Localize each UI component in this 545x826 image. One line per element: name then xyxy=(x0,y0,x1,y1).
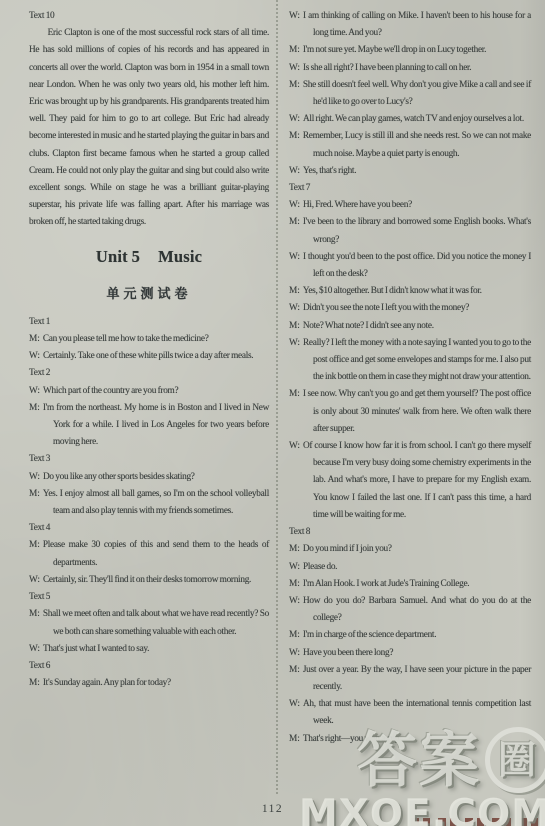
speaker-label: W: xyxy=(289,596,300,606)
speaker-label: W: xyxy=(29,386,40,396)
speaker-label: M: xyxy=(289,389,300,399)
speaker-label: M: xyxy=(29,678,40,688)
watermark-brand-text: 答案 xyxy=(357,726,481,796)
speaker-label: M: xyxy=(29,334,40,344)
speaker-label: W: xyxy=(289,200,300,210)
dialogue-line: M:I've been to the library and borrowed … xyxy=(289,214,531,248)
dialogue-line: M:Remember, Lucy is still ill and she ne… xyxy=(289,128,531,162)
dialogue-line: M:I'm in charge of the science departmen… xyxy=(289,627,531,644)
dialogue-line: W:Didn't you see the note I left you wit… xyxy=(289,300,531,317)
speaker-label: M: xyxy=(29,403,40,413)
dialogue-text: I thought you'd been to the post office.… xyxy=(303,252,531,279)
speaker-label: W: xyxy=(289,441,300,451)
dialogue-line: M:Yes. I enjoy almost all ball games, so… xyxy=(29,486,269,520)
dialogue-line: M:Please make 30 copies of this and send… xyxy=(29,537,269,571)
dialogue-text: I see now. Why can't you go and get them… xyxy=(303,389,531,433)
dialogue-line: W:Hi, Fred. Where have you been? xyxy=(289,197,531,214)
dialogue-text: Please make 30 copies of this and send t… xyxy=(43,540,269,567)
dialogue-line: W:Of course I know how far it is from sc… xyxy=(289,438,531,524)
dialogue-text: I'm in charge of the science department. xyxy=(303,630,436,640)
dialogue-line: M:Note? What note? I didn't see any note… xyxy=(289,318,531,335)
speaker-label: M: xyxy=(29,489,40,499)
dialogue-text: How do you do? Barbara Samuel. And what … xyxy=(303,596,531,623)
dialogue-line: M:Yes, $10 altogether. But I didn't know… xyxy=(289,283,531,300)
speaker-label: W: xyxy=(289,303,300,313)
speaker-label: M: xyxy=(289,286,300,296)
dialogue-text: Shall we meet often and talk about what … xyxy=(43,609,269,636)
dialogue-line: W:Certainly. Take one of these white pil… xyxy=(29,348,269,365)
dialogue-line: W:Have you been there long? xyxy=(289,645,531,662)
speaker-label: M: xyxy=(289,579,300,589)
speaker-label: M: xyxy=(289,630,300,640)
dialogue-line: M:I'm Alan Hook. I work at Jude's Traini… xyxy=(289,576,531,593)
speaker-label: M: xyxy=(29,609,40,619)
text-section-label: Text 1 xyxy=(29,314,269,331)
dialogue-line: W:I thought you'd been to the post offic… xyxy=(289,249,531,283)
speaker-label: W: xyxy=(289,114,300,124)
unit-heading: Unit 5Music xyxy=(29,246,269,268)
dialogue-line: M:I see now. Why can't you go and get th… xyxy=(289,386,531,438)
watermark-circle-char: 圈 xyxy=(485,727,545,793)
dialogue-line: M:Just over a year. By the way, I have s… xyxy=(289,662,531,696)
watermark: 答案圈 MXQE.COM xyxy=(299,727,545,826)
dialogue-text: Hi, Fred. Where have you been? xyxy=(303,200,412,210)
dialogue-text: That's just what I wanted to say. xyxy=(43,644,149,654)
speaker-label: W: xyxy=(289,166,300,176)
watermark-site: MXQE.COM xyxy=(299,795,545,826)
dialogue-text: I am thinking of calling on Mike. I have… xyxy=(303,11,531,38)
dialogue-text: Which part of the country are you from? xyxy=(43,386,178,396)
text-section-label: Text 8 xyxy=(289,524,531,541)
text-section-label: Text 10 xyxy=(29,8,269,25)
text-section-label: Text 5 xyxy=(29,589,269,606)
dialogue-text: Yes, $10 altogether. But I didn't know w… xyxy=(303,286,482,296)
text-section-label: Text 4 xyxy=(29,520,269,537)
unit-title: Music xyxy=(158,247,202,266)
text-section-label: Text 3 xyxy=(29,451,269,468)
dialogue-text: I'm not sure yet. Maybe we'll drop in on… xyxy=(303,45,486,55)
dialogue-text: Is she all right? I have been planning t… xyxy=(303,63,471,73)
dialogue-text: Remember, Lucy is still ill and she need… xyxy=(303,131,531,158)
speaker-label: M: xyxy=(289,80,300,90)
dialogue-line: W:All right. We can play games, watch TV… xyxy=(289,111,531,128)
dialogue-text: I'm Alan Hook. I work at Jude's Training… xyxy=(303,579,469,589)
dialogue-line: M:I'm from the northeast. My home is in … xyxy=(29,400,269,452)
dialogue-line: W:That's just what I wanted to say. xyxy=(29,641,269,658)
speaker-label: M: xyxy=(289,544,300,554)
speaker-label: W: xyxy=(289,699,300,709)
speaker-label: W: xyxy=(289,338,300,348)
dialogue-line: W:Please do. xyxy=(289,559,531,576)
dialogue-line: M:I'm not sure yet. Maybe we'll drop in … xyxy=(289,42,531,59)
speaker-label: W: xyxy=(29,575,40,585)
page-scan: Text 10Eric Clapton is one of the most s… xyxy=(29,8,531,748)
dialogue-text: Really? I left the money with a note say… xyxy=(303,338,531,382)
unit-label: Unit 5 xyxy=(96,247,140,266)
dialogue-line: M:She still doesn't feel well. Why don't… xyxy=(289,77,531,111)
dialogue-line: W:Certainly, sir. They'll find it on the… xyxy=(29,572,269,589)
dialogue-text: I'm from the northeast. My home is in Bo… xyxy=(43,403,269,447)
text-section-label: Text 2 xyxy=(29,365,269,382)
speaker-label: W: xyxy=(289,11,300,21)
dialogue-text: She still doesn't feel well. Why don't y… xyxy=(303,80,531,107)
right-column: W:I am thinking of calling on Mike. I ha… xyxy=(289,8,531,748)
speaker-label: M: xyxy=(289,217,300,227)
dialogue-text: Note? What note? I didn't see any note. xyxy=(303,321,434,331)
dialogue-line: W:Which part of the country are you from… xyxy=(29,383,269,400)
dialogue-text: Ah, that must have been the internationa… xyxy=(303,699,531,726)
text-section-label: Text 7 xyxy=(289,180,531,197)
paragraph: Eric Clapton is one of the most successf… xyxy=(29,25,269,231)
dialogue-line: M:Can you please tell me how to take the… xyxy=(29,331,269,348)
dialogue-line: M:Do you mind if I join you? xyxy=(289,541,531,558)
dialogue-line: W:How do you do? Barbara Samuel. And wha… xyxy=(289,593,531,627)
dialogue-text: Can you please tell me how to take the m… xyxy=(43,334,209,344)
speaker-label: W: xyxy=(29,351,40,361)
dialogue-text: Just over a year. By the way, I have see… xyxy=(303,665,531,692)
left-column: Text 10Eric Clapton is one of the most s… xyxy=(29,8,269,748)
dialogue-text: Have you been there long? xyxy=(303,648,393,658)
speaker-label: W: xyxy=(289,648,300,658)
dialogue-text: Of course I know how far it is from scho… xyxy=(303,441,531,520)
dialogue-text: Didn't you see the note I left you with … xyxy=(303,303,469,313)
dialogue-line: W:Do you like any other sports besides s… xyxy=(29,469,269,486)
dialogue-text: Please do. xyxy=(303,562,337,572)
dialogue-line: M:Shall we meet often and talk about wha… xyxy=(29,606,269,640)
speaker-label: M: xyxy=(29,540,40,550)
dialogue-line: W:Yes, that's right. xyxy=(289,163,531,180)
watermark-brand: 答案圈 xyxy=(299,727,545,793)
dialogue-line: W:Is she all right? I have been planning… xyxy=(289,60,531,77)
dialogue-text: Do you mind if I join you? xyxy=(303,544,392,554)
dialogue-line: W:Really? I left the money with a note s… xyxy=(289,335,531,387)
dialogue-text: It's Sunday again. Any plan for today? xyxy=(43,678,171,688)
dialogue-line: W:I am thinking of calling on Mike. I ha… xyxy=(289,8,531,42)
text-section-label: Text 6 xyxy=(29,658,269,675)
speaker-label: W: xyxy=(289,252,300,262)
speaker-label: W: xyxy=(289,562,300,572)
speaker-label: M: xyxy=(289,665,300,675)
speaker-label: W: xyxy=(29,472,40,482)
speaker-label: W: xyxy=(289,63,300,73)
dialogue-text: Yes. I enjoy almost all ball games, so I… xyxy=(43,489,269,516)
speaker-label: M: xyxy=(289,131,300,141)
dialogue-text: Yes, that's right. xyxy=(303,166,356,176)
speaker-label: M: xyxy=(289,321,300,331)
test-paper-subtitle: 单元测试卷 xyxy=(29,285,269,302)
dialogue-text: Certainly. Take one of these white pills… xyxy=(43,351,253,361)
speaker-label: W: xyxy=(29,644,40,654)
speaker-label: M: xyxy=(289,45,300,55)
dialogue-text: I've been to the library and borrowed so… xyxy=(303,217,531,244)
dialogue-text: Do you like any other sports besides ska… xyxy=(43,472,195,482)
dialogue-text: All right. We can play games, watch TV a… xyxy=(303,114,524,124)
dialogue-text: Certainly, sir. They'll find it on their… xyxy=(43,575,251,585)
dialogue-line: M:It's Sunday again. Any plan for today? xyxy=(29,675,269,692)
